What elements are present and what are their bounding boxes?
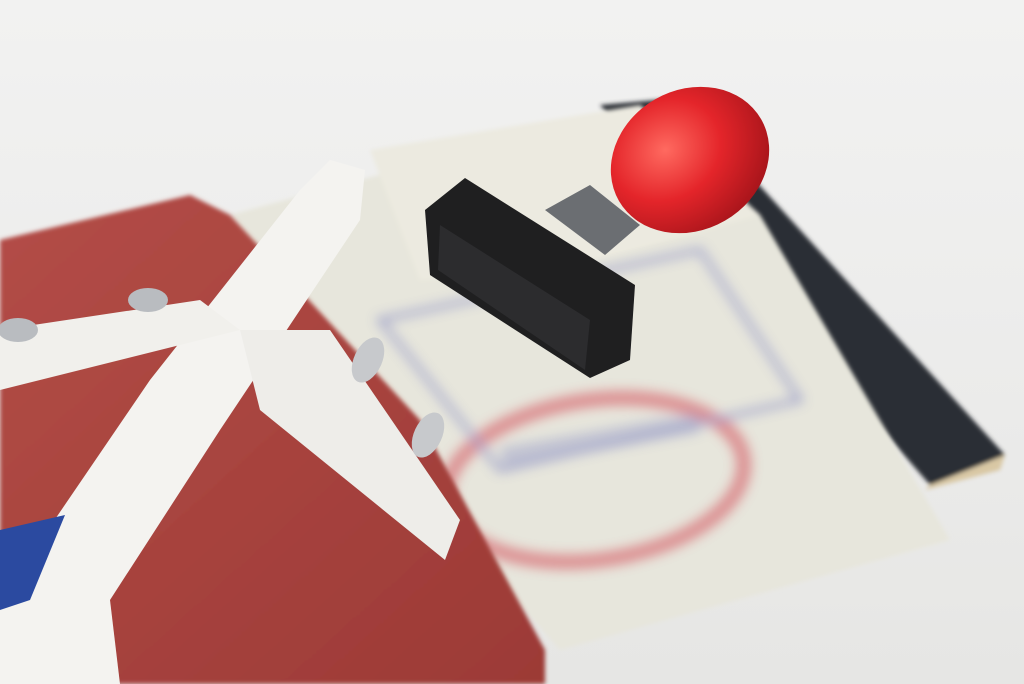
photo-scene xyxy=(0,0,1024,684)
photo-illustration xyxy=(0,0,1024,684)
